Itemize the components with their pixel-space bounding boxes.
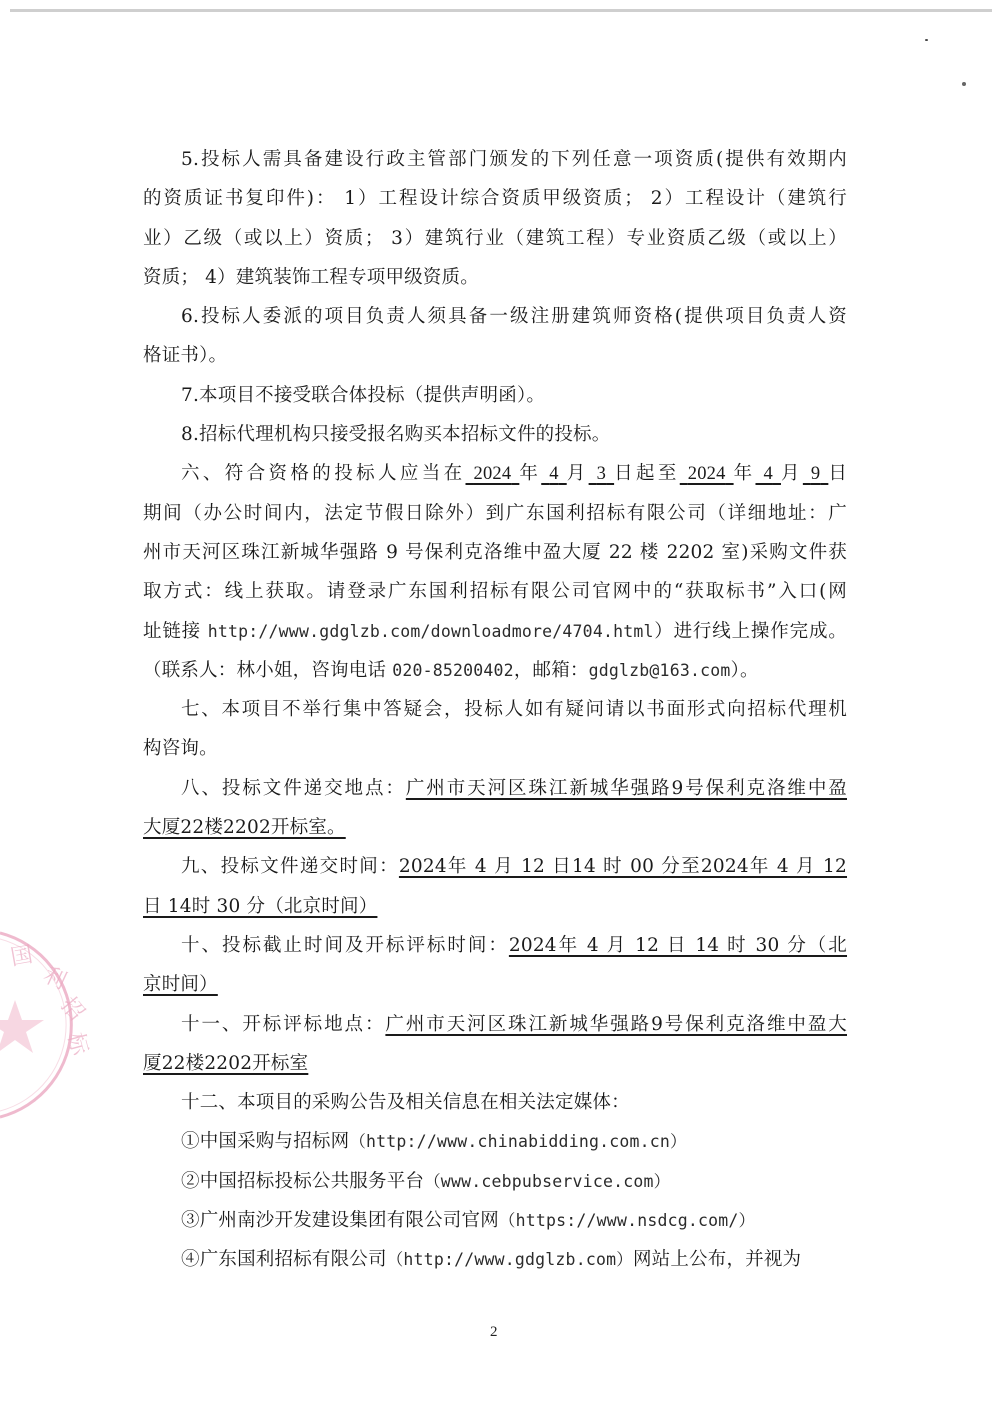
start-month: 4 — [541, 464, 566, 484]
text-line: 京时间） — [143, 965, 847, 1004]
text-line: 取方式：线上获取。请登录广东国利招标有限公司官网中的“获取标书”入口(网 — [143, 572, 847, 611]
opening-location: 广州市天河区珠江新城华强路9号保利克洛维中盈大 — [385, 1014, 847, 1035]
media-marker: ④ — [181, 1249, 200, 1270]
download-link-line: 址链接 http://www.gdglzb.com/downloadmore/4… — [143, 612, 847, 651]
section-10-deadline: 十、投标截止时间及开标评标时间：2024年 4 月 12 日 14 时 30 分… — [143, 926, 847, 1005]
text-line: 格证书）。 — [143, 336, 847, 375]
contact-phone: 020-85200402 — [392, 661, 514, 680]
section-label: 九、投标文件递交时间： — [181, 856, 399, 877]
media-item-gdglzb: ④广东国利招标有限公司（http://www.gdglzb.com）网站上公布，… — [143, 1240, 847, 1279]
contact-line: （联系人：林小姐，咨询电话 020-85200402，邮箱：gdglzb@163… — [143, 651, 847, 690]
end-day-value: 9 — [811, 464, 820, 484]
page-number: 2 — [490, 1324, 498, 1341]
document-body: 5.投标人需具备建设行政主管部门颁发的下列任意一项资质(提供有效期内 的资质证书… — [143, 140, 847, 1280]
acquisition-period-line: 六、符合资格的投标人应当在 2024 年 4 月 3 日起至 2024 年 4 … — [143, 454, 847, 493]
text-line: 七、本项目不举行集中答疑会，投标人如有疑问请以书面形式向招标代理机 — [143, 690, 847, 729]
media-name: 中国采购与招标网 — [200, 1131, 350, 1152]
deadline-time: 2024年 4 月 12 日 14 时 30 分（北 — [509, 935, 847, 956]
scan-edge-line — [10, 9, 992, 12]
text-line: 期间（办公时间内，法定节假日除外）到广东国利招标有限公司（详细地址：广 — [143, 494, 847, 533]
requirement-5: 5.投标人需具备建设行政主管部门颁发的下列任意一项资质(提供有效期内 的资质证书… — [143, 140, 847, 297]
section-11-opening-location: 十一、开标评标地点：广州市天河区珠江新城华强路9号保利克洛维中盈大 厦22楼22… — [143, 1005, 847, 1084]
text-line: 大厦22楼2202开标室。 — [143, 808, 847, 847]
year-label: 年 — [519, 463, 541, 484]
end-month-value: 4 — [764, 464, 773, 484]
submission-time: 2024年 4 月 12 日14 时 00 分至2024年 4 月 12 — [399, 856, 847, 877]
section-6-prefix: 六、符合资格的投标人应当在 — [181, 463, 466, 484]
link-prefix: 址链接 — [143, 621, 201, 642]
contact-prefix: （联系人：林小姐，咨询电话 — [143, 660, 386, 681]
section-label: 十二、本项目的采购公告及相关信息在相关法定媒体： — [143, 1083, 847, 1122]
submission-location: 广州市天河区珠江新城华强路9号保利克洛维中盈 — [406, 778, 847, 799]
contact-suffix: ）。 — [731, 660, 759, 681]
start-day: 3 — [589, 464, 614, 484]
media-marker: ① — [181, 1131, 200, 1152]
text-line: 5.投标人需具备建设行政主管部门颁发的下列任意一项资质(提供有效期内 — [143, 140, 847, 179]
text-line: 构咨询。 — [143, 729, 847, 768]
media-marker: ③ — [181, 1210, 200, 1231]
end-year-value: 2024 — [688, 464, 726, 484]
text-line: 十一、开标评标地点：广州市天河区珠江新城华强路9号保利克洛维中盈大 — [143, 1005, 847, 1044]
media-url[interactable]: （https://www.nsdcg.com/） — [499, 1211, 755, 1230]
text-line: 八、投标文件递交地点：广州市天河区珠江新城华强路9号保利克洛维中盈 — [143, 769, 847, 808]
link-suffix: ）进行线上操作完成。 — [654, 621, 847, 642]
section-label: 十、投标截止时间及开标评标时间： — [181, 935, 509, 956]
requirement-8: 8.招标代理机构只接受报名购买本招标文件的投标。 — [143, 415, 847, 454]
opening-location-cont: 厦22楼2202开标室 — [143, 1053, 308, 1074]
media-suffix: 网站上公布，并视为 — [633, 1249, 801, 1270]
media-url[interactable]: （http://www.gdglzb.com） — [387, 1250, 633, 1269]
section-8-submission-location: 八、投标文件递交地点：广州市天河区珠江新城华强路9号保利克洛维中盈 大厦22楼2… — [143, 769, 847, 848]
media-name: 广东国利招标有限公司 — [200, 1249, 387, 1270]
end-day: 9 — [803, 464, 828, 484]
start-month-value: 4 — [549, 464, 558, 484]
svg-text:招: 招 — [55, 993, 88, 1026]
requirement-7: 7.本项目不接受联合体投标（提供声明函）。 — [143, 376, 847, 415]
start-year-value: 2024 — [474, 464, 512, 484]
year-label: 年 — [734, 463, 756, 484]
media-name: 中国招标投标公共服务平台 — [200, 1171, 424, 1192]
deadline-time-cont: 京时间） — [143, 974, 218, 995]
end-month: 4 — [755, 464, 780, 484]
text-line: 6.投标人委派的项目负责人须具备一级注册建筑师资格(提供项目负责人资 — [143, 297, 847, 336]
media-url[interactable]: （www.cebpubservice.com） — [424, 1172, 670, 1191]
submission-time-cont: 日 14时 30 分（北京时间） — [143, 896, 377, 917]
requirement-6: 6.投标人委派的项目负责人须具备一级注册建筑师资格(提供项目负责人资 格证书）。 — [143, 297, 847, 376]
day-label-start: 日起至 — [614, 463, 680, 484]
section-9-submission-time: 九、投标文件递交时间：2024年 4 月 12 日14 时 00 分至2024年… — [143, 847, 847, 926]
contact-email[interactable]: gdglzb@163.com — [589, 661, 731, 680]
contact-mid: ，邮箱： — [514, 660, 589, 681]
media-name: 广州南沙开发建设集团有限公司官网 — [200, 1210, 499, 1231]
text-line: 日 14时 30 分（北京时间） — [143, 887, 847, 926]
section-12-media: 十二、本项目的采购公告及相关信息在相关法定媒体： ①中国采购与招标网（http:… — [143, 1083, 847, 1279]
scan-speck — [962, 82, 966, 86]
download-link[interactable]: http://www.gdglzb.com/downloadmore/4704.… — [208, 622, 654, 641]
media-item-chinabidding: ①中国采购与招标网（http://www.chinabidding.com.cn… — [143, 1122, 847, 1161]
submission-location-cont: 大厦22楼2202开标室。 — [143, 817, 346, 838]
text-line: 十、投标截止时间及开标评标时间：2024年 4 月 12 日 14 时 30 分… — [143, 926, 847, 965]
text-line: 厦22楼2202开标室 — [143, 1044, 847, 1083]
text-line: 业）乙级（或以上）资质； 3）建筑行业（建筑工程）专业资质乙级（或以上） — [143, 219, 847, 258]
svg-text:国: 国 — [9, 942, 35, 970]
text-line: 资质； 4）建筑装饰工程专项甲级资质。 — [143, 258, 847, 297]
media-item-cebpubservice: ②中国招标投标公共服务平台（www.cebpubservice.com） — [143, 1162, 847, 1201]
media-item-nsdcg: ③广州南沙开发建设集团有限公司官网（https://www.nsdcg.com/… — [143, 1201, 847, 1240]
scan-speck — [925, 39, 928, 41]
section-label: 十一、开标评标地点： — [181, 1014, 385, 1035]
media-marker: ② — [181, 1171, 200, 1192]
start-year: 2024 — [466, 464, 520, 484]
month-label: 月 — [781, 463, 803, 484]
text-line: 的资质证书复印件)： 1）工程设计综合资质甲级资质； 2）工程设计（建筑行 — [143, 179, 847, 218]
section-6-document-acquisition: 六、符合资格的投标人应当在 2024 年 4 月 3 日起至 2024 年 4 … — [143, 454, 847, 690]
section-label: 八、投标文件递交地点： — [181, 778, 406, 799]
day-label-end: 日 — [828, 463, 847, 484]
month-label: 月 — [567, 463, 589, 484]
text-line: 州市天河区珠江新城华强路 9 号保利克洛维中盈大厦 22 楼 2202 室)采购… — [143, 533, 847, 572]
start-day-value: 3 — [597, 464, 606, 484]
media-url[interactable]: （http://www.chinabidding.com.cn） — [349, 1132, 686, 1151]
end-year: 2024 — [680, 464, 734, 484]
section-7-questions: 七、本项目不举行集中答疑会，投标人如有疑问请以书面形式向招标代理机 构咨询。 — [143, 690, 847, 769]
text-line: 九、投标文件递交时间：2024年 4 月 12 日14 时 00 分至2024年… — [143, 847, 847, 886]
company-seal-stamp: 国 利 招 标 — [0, 925, 120, 1125]
